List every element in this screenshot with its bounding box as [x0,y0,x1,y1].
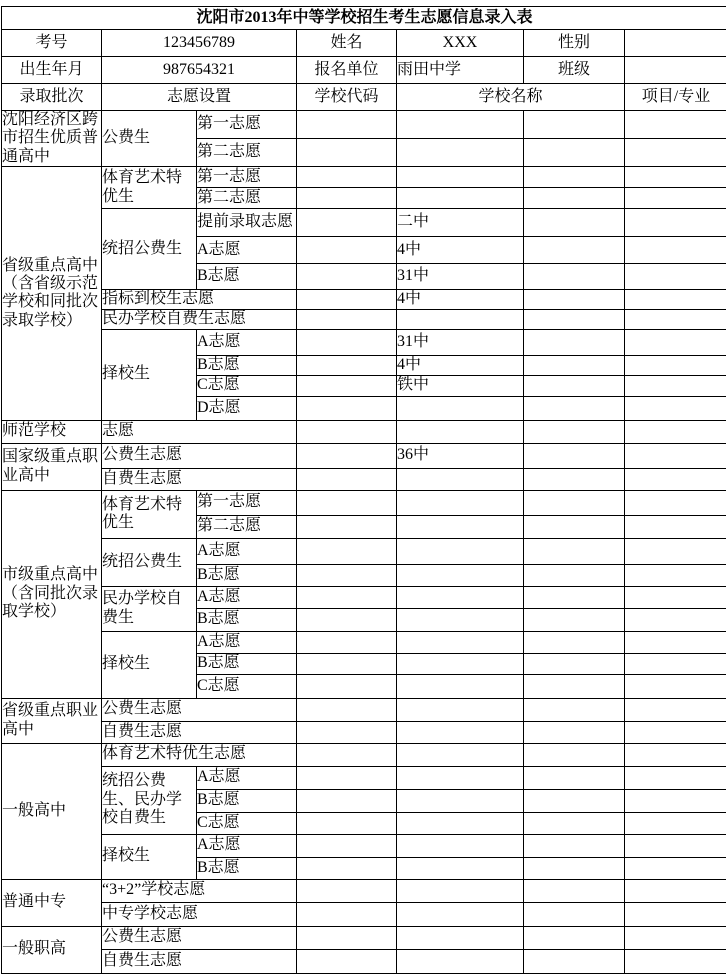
major-cell[interactable] [625,631,726,653]
school-name-cell[interactable] [397,698,524,721]
school-name-cell[interactable]: 二中 [397,209,524,237]
table-row: 自费生志愿 [2,721,726,743]
table-row: 省级重点职业高中公费生志愿 [2,698,726,721]
school-name-cell[interactable]: 铁中 [397,375,524,396]
school-name-cell[interactable] [397,608,524,631]
choice-label-cell: B志愿 [197,264,297,290]
table-row: 一般高中体育艺术特优生志愿 [2,743,726,766]
school-name-extra-cell[interactable] [524,468,625,490]
school-code-cell[interactable] [297,653,397,674]
choice-label-cell: B志愿 [197,857,297,879]
choice-label-cell: 第一志愿 [197,167,297,188]
major-cell[interactable] [625,698,726,721]
table-row: 自费生志愿 [2,949,726,973]
major-cell[interactable] [625,310,726,329]
major-cell[interactable] [625,329,726,355]
major-cell[interactable] [625,468,726,490]
major-cell[interactable] [625,138,726,167]
major-cell[interactable] [625,879,726,902]
major-cell[interactable] [625,355,726,375]
school-name-extra-cell[interactable] [524,698,625,721]
school-name-cell[interactable]: 4中 [397,355,524,375]
school-code-cell[interactable] [297,264,397,290]
category-cell: 择校生 [102,631,197,698]
choice-label-cell: 指标到校生志愿 [102,290,297,310]
school-name-extra-cell[interactable] [524,743,625,766]
school-name-extra-cell[interactable] [524,879,625,902]
choice-label-cell: A志愿 [197,237,297,264]
batch-section-cell: 师范学校 [2,420,102,443]
major-cell[interactable] [625,674,726,698]
gender-label: 性别 [524,30,625,57]
school-code-cell[interactable] [297,538,397,564]
choice-label-cell: A志愿 [197,766,297,789]
school-name-cell[interactable] [397,310,524,329]
school-name-extra-cell[interactable] [524,631,625,653]
major-cell[interactable] [625,515,726,538]
school-name-extra-cell[interactable] [524,375,625,396]
category-cell: 择校生 [102,834,197,879]
table-row: 一般职高公费生志愿 [2,926,726,949]
column-header-code: 学校代码 [297,84,397,111]
school-name-extra-cell[interactable] [524,290,625,310]
major-cell[interactable] [625,743,726,766]
choice-label-cell: 第一志愿 [197,111,297,139]
choice-label-cell: “3+2”学校志愿 [102,879,297,902]
school-name-cell[interactable] [397,515,524,538]
school-name-cell[interactable] [397,564,524,586]
unit-label: 报名单位 [297,57,397,84]
school-name-cell[interactable]: 31中 [397,329,524,355]
school-name-cell[interactable] [397,631,524,653]
school-code-cell[interactable] [297,879,397,902]
school-name-extra-cell[interactable] [524,608,625,631]
choice-label-cell: 提前录取志愿 [197,209,297,237]
exam-no-label: 考号 [2,30,102,57]
school-name-extra-cell[interactable] [524,138,625,167]
major-cell[interactable] [625,443,726,468]
school-name-cell[interactable] [397,468,524,490]
school-name-cell[interactable] [397,586,524,608]
school-name-cell[interactable]: 4中 [397,290,524,310]
major-cell[interactable] [625,538,726,564]
school-code-cell[interactable] [297,188,397,209]
table-row: 指标到校生志愿4中 [2,290,726,310]
major-cell[interactable] [625,766,726,789]
school-name-cell[interactable] [397,653,524,674]
choice-label-cell: 志愿 [102,420,297,443]
school-name-cell[interactable] [397,538,524,564]
school-name-cell[interactable] [397,789,524,812]
column-header-school: 学校名称 [397,84,625,111]
school-code-cell[interactable] [297,674,397,698]
school-name-cell[interactable] [397,188,524,209]
choice-label-cell: B志愿 [197,608,297,631]
school-code-cell[interactable] [297,396,397,420]
school-name-cell[interactable] [397,674,524,698]
table-row: 统招公费生提前录取志愿二中 [2,209,726,237]
major-cell[interactable] [625,290,726,310]
choice-label-cell: B志愿 [197,789,297,812]
school-name-cell[interactable] [397,721,524,743]
major-cell[interactable] [625,237,726,264]
school-name-cell[interactable]: 31中 [397,264,524,290]
major-cell[interactable] [625,264,726,290]
school-code-cell[interactable] [297,834,397,857]
school-name-extra-cell[interactable] [524,420,625,443]
choice-label-cell: 第二志愿 [197,138,297,167]
column-header-setting: 志愿设置 [102,84,297,111]
school-name-cell[interactable] [397,111,524,139]
school-name-extra-cell[interactable] [524,857,625,879]
category-cell: 体育艺术特优生 [102,490,197,538]
school-name-extra-cell[interactable] [524,396,625,420]
school-name-extra-cell[interactable] [524,902,625,926]
school-code-cell[interactable] [297,949,397,973]
birth-value-cell[interactable]: 987654321 [102,57,297,84]
school-code-cell[interactable] [297,766,397,789]
school-code-cell[interactable] [297,443,397,468]
school-name-extra-cell[interactable] [524,564,625,586]
school-code-cell[interactable] [297,515,397,538]
school-code-cell[interactable] [297,698,397,721]
choice-label-cell: 自费生志愿 [102,468,297,490]
school-name-cell[interactable] [397,138,524,167]
school-name-extra-cell[interactable] [524,329,625,355]
school-name-cell[interactable] [397,490,524,515]
choice-label-cell: B志愿 [197,653,297,674]
school-name-cell[interactable]: 36中 [397,443,524,468]
table-row: 民办学校自费生志愿 [2,310,726,329]
birth-label: 出生年月 [2,57,102,84]
school-code-cell[interactable] [297,355,397,375]
table-row: 统招公费生A志愿 [2,538,726,564]
school-code-cell[interactable] [297,812,397,834]
form-sheet: 沈阳市2013年中等学校招生考生志愿信息录入表 考号 123456789 姓名 … [0,0,726,971]
batch-section-cell: 国家级重点职业高中 [2,443,102,490]
school-name-extra-cell[interactable] [524,674,625,698]
school-name-extra-cell[interactable] [524,111,625,139]
major-cell[interactable] [625,586,726,608]
choice-label-cell: 公费生志愿 [102,926,297,949]
category-cell: 统招公费生 [102,209,197,290]
choice-label-cell: A志愿 [197,834,297,857]
school-name-cell[interactable] [397,879,524,902]
page-title: 沈阳市2013年中等学校招生考生志愿信息录入表 [2,7,726,30]
major-cell[interactable] [625,812,726,834]
choice-label-cell: 自费生志愿 [102,949,297,973]
major-cell[interactable] [625,167,726,188]
major-cell[interactable] [625,564,726,586]
school-code-cell[interactable] [297,167,397,188]
school-name-extra-cell[interactable] [524,812,625,834]
school-name-cell[interactable] [397,167,524,188]
school-name-cell[interactable] [397,812,524,834]
choice-label-cell: 自费生志愿 [102,721,297,743]
school-name-extra-cell[interactable] [524,538,625,564]
choice-label-cell: D志愿 [197,396,297,420]
table-row: 师范学校志愿 [2,420,726,443]
school-code-cell[interactable] [297,310,397,329]
school-name-extra-cell[interactable] [524,490,625,515]
category-cell: 体育艺术特优生 [102,167,197,209]
table-row: 国家级重点职业高中公费生志愿36中 [2,443,726,468]
school-code-cell[interactable] [297,631,397,653]
major-cell[interactable] [625,721,726,743]
choice-label-cell: A志愿 [197,586,297,608]
choice-label-cell: A志愿 [197,631,297,653]
school-name-extra-cell[interactable] [524,355,625,375]
school-name-cell[interactable] [397,420,524,443]
major-cell[interactable] [625,902,726,926]
school-name-extra-cell[interactable] [524,264,625,290]
school-code-cell[interactable] [297,789,397,812]
school-name-extra-cell[interactable] [524,926,625,949]
school-name-extra-cell[interactable] [524,834,625,857]
school-name-extra-cell[interactable] [524,188,625,209]
school-code-cell[interactable] [297,237,397,264]
major-cell[interactable] [625,949,726,973]
school-name-extra-cell[interactable] [524,721,625,743]
school-name-extra-cell[interactable] [524,949,625,973]
choice-label-cell: A志愿 [197,538,297,564]
major-cell[interactable] [625,653,726,674]
major-cell[interactable] [625,375,726,396]
school-name-extra-cell[interactable] [524,789,625,812]
choice-label-cell: C志愿 [197,812,297,834]
major-cell[interactable] [625,396,726,420]
class-label: 班级 [524,57,625,84]
school-name-extra-cell[interactable] [524,766,625,789]
school-name-cell[interactable] [397,949,524,973]
batch-section-cell: 一般职高 [2,926,102,973]
school-code-cell[interactable] [297,490,397,515]
school-name-cell[interactable] [397,766,524,789]
batch-section-cell: 一般高中 [2,743,102,879]
school-code-cell[interactable] [297,329,397,355]
major-cell[interactable] [625,834,726,857]
school-code-cell[interactable] [297,721,397,743]
school-code-cell[interactable] [297,564,397,586]
category-cell: 统招公费生 [102,538,197,586]
choice-label-cell: B志愿 [197,564,297,586]
batch-section-cell: 沈阳经济区跨市招生优质普通高中 [2,111,102,167]
school-code-cell[interactable] [297,926,397,949]
major-cell[interactable] [625,490,726,515]
school-code-cell[interactable] [297,375,397,396]
table-row: 统招公费生、民办学校自费生A志愿 [2,766,726,789]
school-name-extra-cell[interactable] [524,209,625,237]
class-value-cell[interactable] [625,57,726,84]
gender-value-cell[interactable] [625,30,726,57]
table-row: 自费生志愿 [2,468,726,490]
unit-value-cell[interactable]: 雨田中学 [397,57,524,84]
major-cell[interactable] [625,111,726,139]
school-code-cell[interactable] [297,138,397,167]
table-row: 民办学校自费生A志愿 [2,586,726,608]
batch-section-cell: 普通中专 [2,879,102,926]
table-row: 择校生A志愿 [2,631,726,653]
column-header-batch: 录取批次 [2,84,102,111]
choice-label-cell: 第一志愿 [197,490,297,515]
school-code-cell[interactable] [297,586,397,608]
school-name-extra-cell[interactable] [524,237,625,264]
major-cell[interactable] [625,789,726,812]
name-value-cell[interactable]: XXX [397,30,524,57]
school-name-cell[interactable] [397,834,524,857]
major-cell[interactable] [625,420,726,443]
table-row: 中专学校志愿 [2,902,726,926]
choice-label-cell: 体育艺术特优生志愿 [102,743,297,766]
school-name-cell[interactable] [397,857,524,879]
category-cell: 统招公费生、民办学校自费生 [102,766,197,834]
major-cell[interactable] [625,926,726,949]
school-name-cell[interactable] [397,743,524,766]
choice-label-cell: 公费生志愿 [102,443,297,468]
batch-section-cell: 市级重点高中（含同批次录取学校） [2,490,102,698]
choice-label-cell: B志愿 [197,355,297,375]
school-name-cell[interactable] [397,396,524,420]
table-row: 沈阳经济区跨市招生优质普通高中公费生第一志愿 [2,111,726,139]
category-cell: 公费生 [102,111,197,167]
school-name-extra-cell[interactable] [524,653,625,674]
major-cell[interactable] [625,608,726,631]
school-name-extra-cell[interactable] [524,310,625,329]
choice-label-cell: 中专学校志愿 [102,902,297,926]
school-code-cell[interactable] [297,902,397,926]
school-name-cell[interactable]: 4中 [397,237,524,264]
volunteer-form-table: 沈阳市2013年中等学校招生考生志愿信息录入表 考号 123456789 姓名 … [1,6,726,974]
major-cell[interactable] [625,209,726,237]
school-name-extra-cell[interactable] [524,167,625,188]
table-row: 普通中专“3+2”学校志愿 [2,879,726,902]
school-code-cell[interactable] [297,743,397,766]
category-cell: 民办学校自费生 [102,586,197,631]
choice-label-cell: 第二志愿 [197,188,297,209]
choice-label-cell: C志愿 [197,674,297,698]
exam-no-value-cell[interactable]: 123456789 [102,30,297,57]
batch-section-cell: 省级重点高中（含省级示范学校和同批次录取学校） [2,167,102,420]
choice-label-cell: 民办学校自费生志愿 [102,310,297,329]
major-cell[interactable] [625,188,726,209]
choice-label-cell: A志愿 [197,329,297,355]
school-name-extra-cell[interactable] [524,515,625,538]
table-row: 择校生A志愿 [2,834,726,857]
school-name-cell[interactable] [397,902,524,926]
school-code-cell[interactable] [297,290,397,310]
school-name-extra-cell[interactable] [524,586,625,608]
batch-section-cell: 省级重点职业高中 [2,698,102,743]
school-code-cell[interactable] [297,420,397,443]
school-name-cell[interactable] [397,926,524,949]
school-code-cell[interactable] [297,608,397,631]
name-label: 姓名 [297,30,397,57]
column-header-major: 项目/专业 [625,84,726,111]
choice-label-cell: 公费生志愿 [102,698,297,721]
table-row: 市级重点高中（含同批次录取学校）体育艺术特优生第一志愿 [2,490,726,515]
category-cell: 择校生 [102,329,197,420]
school-code-cell[interactable] [297,111,397,139]
school-code-cell[interactable] [297,468,397,490]
choice-label-cell: 第二志愿 [197,515,297,538]
major-cell[interactable] [625,857,726,879]
school-code-cell[interactable] [297,209,397,237]
school-code-cell[interactable] [297,857,397,879]
table-row: 省级重点高中（含省级示范学校和同批次录取学校）体育艺术特优生第一志愿 [2,167,726,188]
school-name-extra-cell[interactable] [524,443,625,468]
choice-label-cell: C志愿 [197,375,297,396]
table-row: 择校生A志愿31中 [2,329,726,355]
